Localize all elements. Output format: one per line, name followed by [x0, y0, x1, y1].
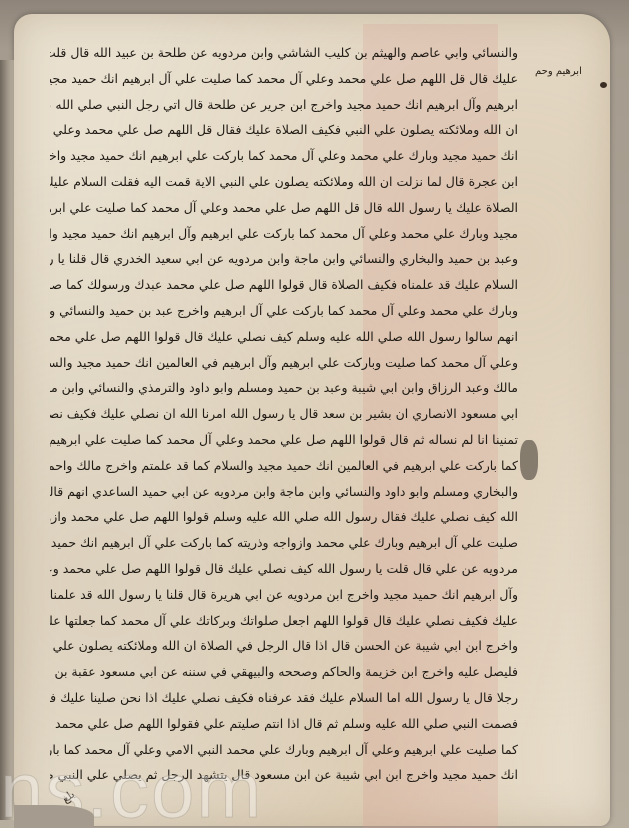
manuscript-line: فليصل عليه واخرج ابن خزيمة والحاكم وصححه…: [50, 659, 518, 685]
manuscript-line: تمنينا انا لم نساله ثم قال قولوا اللهم ص…: [50, 427, 518, 453]
manuscript-line: انك حميد مجيد وبارك علي محمد وعلي آل محم…: [50, 143, 518, 169]
ink-dot: [600, 82, 607, 88]
manuscript-line: فصمت النبي صلي الله عليه وسلم ثم قال اذا…: [50, 711, 518, 737]
manuscript-line: مردويه عن علي قال قلت يا رسول الله كيف ن…: [50, 556, 518, 582]
manuscript-line: مالك وعبد الرزاق وابن ابي شيبة وعبد بن ح…: [50, 375, 518, 401]
manuscript-line: ابرهيم وآل ابرهيم انك حميد مجيد واخرج اب…: [50, 92, 518, 118]
manuscript-line: وبارك علي محمد وعلي آل محمد كما باركت عل…: [50, 298, 518, 324]
manuscript-line: وعبد بن حميد والبخاري والنسائي وابن ماجة…: [50, 246, 518, 272]
manuscript-line: الصلاة عليك يا رسول الله قال قل اللهم صل…: [50, 195, 518, 221]
manuscript-line: الله كيف نصلي عليك فقال رسول الله صلي ال…: [50, 504, 518, 530]
manuscript-line: عليك قال قل اللهم صل علي محمد وعلي آل مح…: [50, 66, 518, 92]
manuscript-line: ان الله وملائكته يصلون علي النبي فكيف ال…: [50, 117, 518, 143]
manuscript-line: السلام عليك قد علمناه فكيف الصلاة قال قو…: [50, 272, 518, 298]
manuscript-line: والنسائي وابي عاصم والهيثم بن كليب الشاش…: [50, 40, 518, 66]
manuscript-line: والبخاري ومسلم وابو داود والنسائي وابن م…: [50, 479, 518, 505]
manuscript-line: عليك فكيف نصلي عليك قال قولوا اللهم اجعل…: [50, 608, 518, 634]
manuscript-line: انهم سالوا رسول الله صلي الله عليه وسلم …: [50, 324, 518, 350]
margin-note: ابرهيم وحم: [535, 66, 582, 77]
manuscript-line: مجيد وبارك علي محمد وعلي آل محمد كما بار…: [50, 221, 518, 247]
manuscript-line: وعلي آل محمد كما صليت وباركت علي ابرهيم …: [50, 350, 518, 376]
manuscript-line: وآل ابرهيم انك حميد مجيد واخرج ابن مردوي…: [50, 582, 518, 608]
manuscript-line: رجلا قال يا رسول الله اما السلام عليك فق…: [50, 685, 518, 711]
manuscript-line: ابن عجرة قال لما نزلت ان الله وملائكته ي…: [50, 169, 518, 195]
manuscript-line: كما باركت علي ابرهيم في العالمين انك حمي…: [50, 453, 518, 479]
ink-blot: [520, 440, 538, 480]
manuscript-text: والنسائي وابي عاصم والهيثم بن كليب الشاش…: [50, 40, 518, 788]
manuscript-line: واخرج ابن ابي شيبة عن الحسن قال اذا قال …: [50, 633, 518, 659]
torn-corner: [14, 805, 94, 828]
adjacent-page-edge: [0, 60, 14, 820]
manuscript-line: صليت علي آل ابرهيم وبارك علي محمد وازواج…: [50, 530, 518, 556]
manuscript-line: ابي مسعود الانصاري ان بشير بن سعد قال يا…: [50, 401, 518, 427]
